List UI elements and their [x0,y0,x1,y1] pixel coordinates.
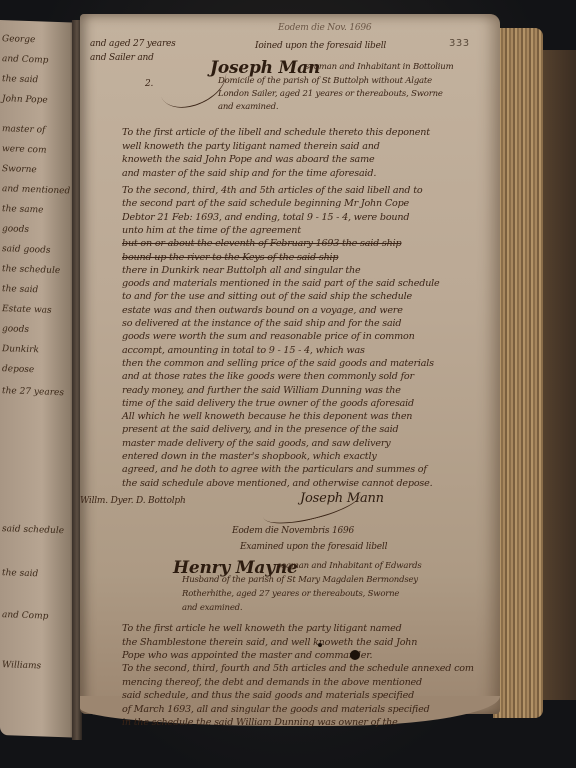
left-fragment-line: the same [2,204,43,215]
entry2-subheading: Examined upon the foresaid libell [240,543,387,552]
entry2-description-line: Rotherhithe, aged 27 yeares or thereabou… [182,590,399,599]
manuscript-line: ready money, and further the said Willia… [122,386,401,396]
left-fragment-line: said schedule [2,524,64,536]
entry1-subheading: Ioined upon the foresaid libell [255,42,386,51]
left-fragment-line: Williams [2,660,41,671]
left-fragment-line: George [2,34,35,45]
manuscript-line: present at the said delivery, and in the… [122,425,398,435]
left-fragment-line: goods [2,324,29,335]
left-fragment-line: said goods [2,244,50,256]
left-fragment-line: the schedule [2,264,60,276]
left-fragment-line: Dunkirk [2,344,39,355]
margin-note-top-2: and Sailer and [90,54,154,63]
left-fragment-line: the said [2,568,38,579]
manuscript-line: the second part of the said schedule beg… [122,199,409,209]
manuscript-line: goods were worth the sum and reasonable … [122,332,415,342]
left-fragment-line: and Comp [2,54,48,66]
entry2-date-heading: Eodem die Novembris 1696 [232,527,354,536]
manuscript-line: goods and materials mentioned in the sai… [122,279,440,289]
folio-number: 333 [449,38,470,49]
left-fragment-line: Estate was [2,304,52,316]
manuscript-line: there in Dunkirk near Buttolph all and s… [122,266,361,276]
manuscript-line: To the first article he well knoweth the… [122,624,402,634]
manuscript-line: well knoweth the party litigant named th… [122,142,380,152]
left-fragment-line: were com [2,144,47,156]
ink-blot [318,643,322,647]
manuscript-line: bound up the river to the Keys of the sa… [122,253,338,263]
left-fragment-line: and Comp [2,610,48,622]
page-edges [493,28,543,718]
manuscript-line: estate was and then outwards bound on a … [122,306,403,316]
manuscript-line: Debtor 21 Feb: 1693, and ending, total 9… [122,213,409,223]
entry1-witness-name: Joseph Man [210,60,320,77]
manuscript-line: All which he well knoweth because he thi… [122,412,412,422]
entry1-description-line: London Sailer, aged 21 yeares or thereab… [218,90,443,99]
manuscript-line: entered down in the master's shopbook, w… [122,452,377,462]
manuscript-line: in the schedule the said William Dunning… [122,718,398,728]
marginal-number: 2. [145,80,153,89]
ink-blot [350,650,360,660]
entry2-description-line: and examined. [182,604,242,613]
left-fragment-line: depose [2,364,34,375]
manuscript-line: said schedule, and thus the said goods a… [122,691,414,701]
entry2-description-line: Husband of the parish of St Mary Magdale… [182,576,418,585]
manuscript-line: of March 1693, all and singular the good… [122,705,430,715]
margin-note-top: and aged 27 yeares [90,40,176,49]
manuscript-line: the Shamblestone therein said, and well … [122,638,417,648]
left-fragment-line: and mentioned [2,184,70,196]
manuscript-line: and at those rates the like goods were t… [122,372,414,382]
entry1-date-heading: Eodem die Nov. 1696 [278,24,371,33]
manuscript-line: knoweth the said John Pope and was aboar… [122,155,374,165]
entry2-description-line: seaman and Inhabitant of Edwards [277,562,421,571]
left-fragment-line: John Pope [2,94,48,106]
left-fragment-line: goods [2,224,29,235]
manuscript-line: mencing thereof, the debt and demands in… [122,678,422,688]
entry1-description-line: and examined. [218,103,278,112]
manuscript-line: time of the said delivery the true owner… [122,399,414,409]
manuscript-line: unto him at the time of the agreement [122,226,301,236]
manuscript-line: To the second, third, fourth and 5th art… [122,664,474,674]
manuscript-line: accompt, amounting in total to 9 - 15 - … [122,346,365,356]
marginal-note-middle: Willm. Dyer. D. Bottolph [80,497,186,506]
left-fragment-line: the 27 yeares [2,386,64,398]
left-fragment-line: the said [2,284,38,295]
left-fragment-line: the said [2,74,38,85]
entry1-description-line: Domicile of the parish of St Buttolph wi… [218,77,432,86]
manuscript-line: master made delivery of the said goods, … [122,439,390,449]
manuscript-line: the said schedule above mentioned, and o… [122,479,432,489]
manuscript-line: To the second, third, 4th and 5th articl… [122,186,422,196]
manuscript-line: so delivered at the instance of the said… [122,319,401,329]
manuscript-line: and master of the said ship and for the … [122,169,376,179]
manuscript-line: then the common and selling price of the… [122,359,434,369]
manuscript-line: Pope who was appointed the master and co… [122,651,372,661]
manuscript-line: but on or about the eleventh of February… [122,239,401,249]
manuscript-line: To the first article of the libell and s… [122,128,430,138]
manuscript-line: agreed, and he doth to agree with the pa… [122,465,427,475]
manuscript-line: to and for the use and sitting out of th… [122,292,412,302]
left-fragment-line: master of [2,124,45,136]
left-page: George and Comp the said John Pope maste… [0,20,76,738]
left-fragment-line: Sworne [2,164,37,175]
entry1-description-line: seaman and Inhabitant in Bottolium [305,63,453,72]
